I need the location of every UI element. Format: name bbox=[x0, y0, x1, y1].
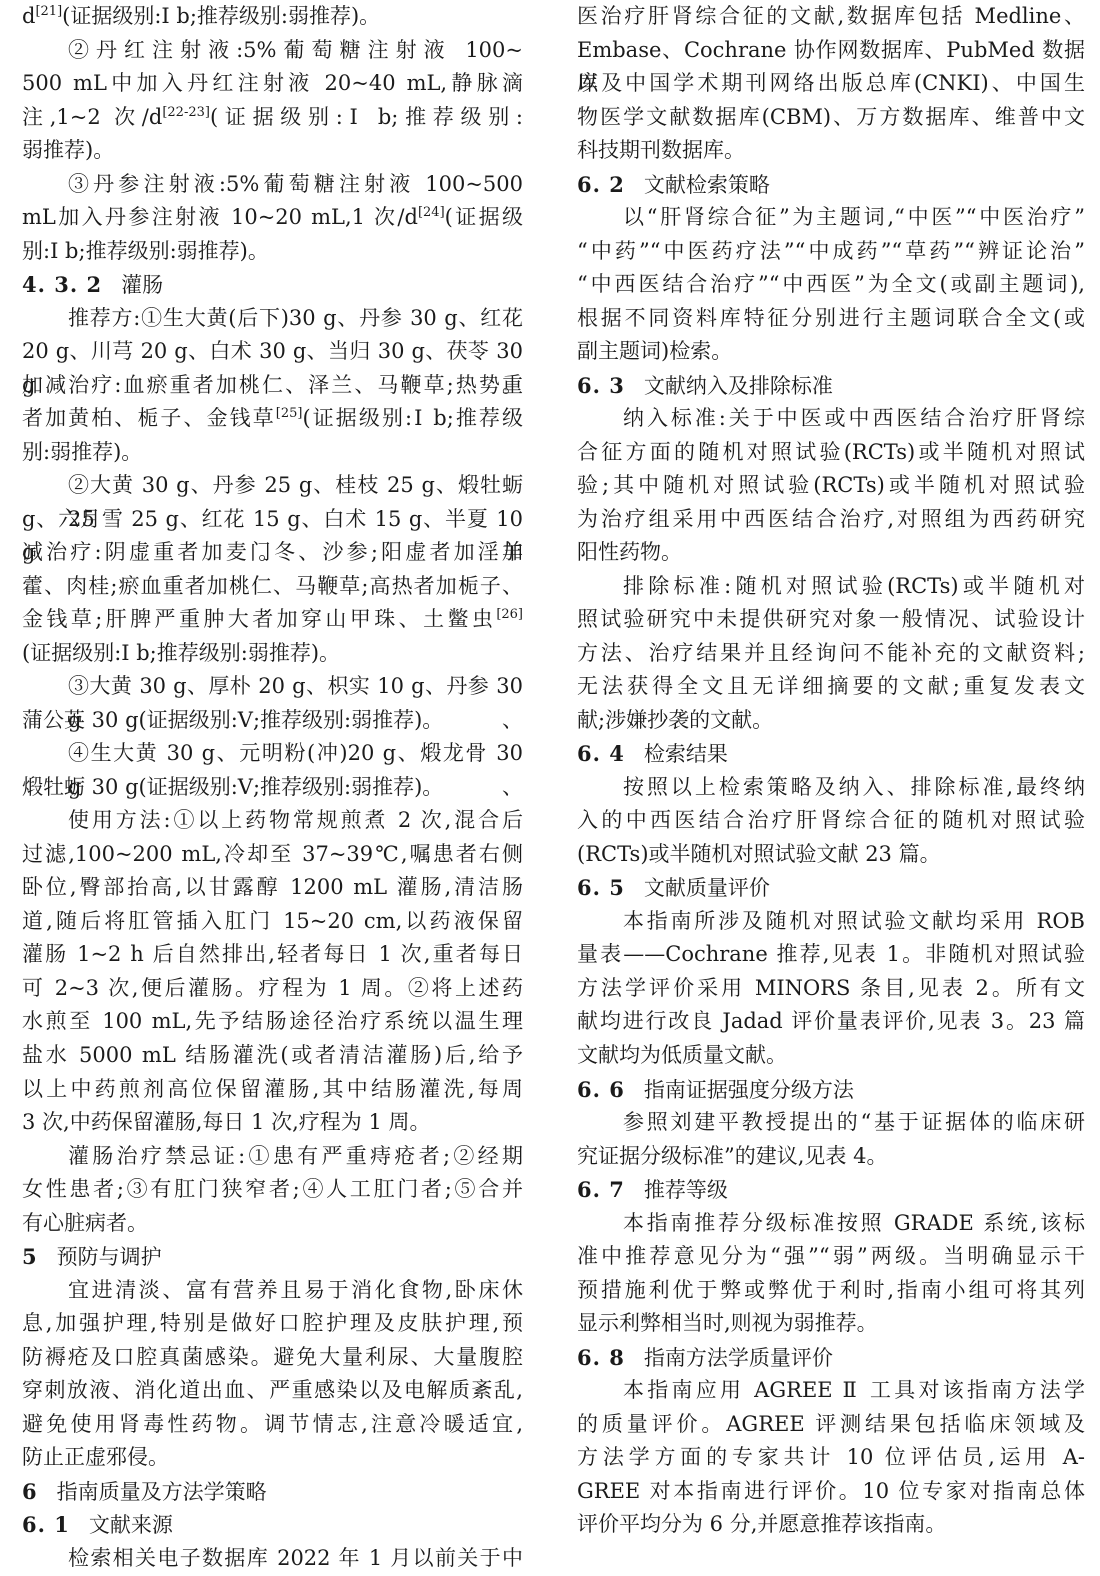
text-line: 参照刘建平教授提出的“基于证据体的临床研 bbox=[577, 1106, 1085, 1140]
text-line: 显示利弊相当时,则视为弱推荐。 bbox=[577, 1307, 1085, 1341]
section-heading: 6. 3文献纳入及排除标准 bbox=[577, 369, 1085, 403]
text-line: ③大黄 30 g、厚朴 20 g、枳实 10 g、丹参 30 g、 bbox=[22, 670, 523, 704]
text-line: 合征方面的随机对照试验(RCTs)或半随机对照试 bbox=[577, 436, 1085, 470]
section-title: 文献纳入及排除标准 bbox=[644, 374, 833, 398]
text-line: 照试验研究中未提供研究对象一般情况、试验设计 bbox=[577, 603, 1085, 637]
text-line: 入的中西医结合治疗肝肾综合征的随机对照试验 bbox=[577, 804, 1085, 838]
section-heading: 6. 6指南证据强度分级方法 bbox=[577, 1073, 1085, 1107]
text-line: 以“肝肾综合征”为主题词,“中医”“中医治疗” bbox=[577, 201, 1085, 235]
section-title: 推荐等级 bbox=[644, 1178, 728, 1202]
text-line: 宜进清淡、富有营养且易于消化食物,卧床休 bbox=[22, 1274, 523, 1308]
text-column-left: d[21](证据级别:Ⅰ b;推荐级别:弱推荐)。②丹红注射液:5%葡萄糖注射液… bbox=[22, 0, 523, 1575]
text-line: 本指南应用 AGREE Ⅱ 工具对该指南方法学 bbox=[577, 1374, 1085, 1408]
text-line: 20 g、川芎 20 g、白术 30 g、当归 30 g、茯苓 30 g。 bbox=[22, 335, 523, 369]
text-line: 以上中药煎剂高位保留灌肠,其中结肠灌洗,每周 bbox=[22, 1073, 523, 1107]
section-heading: 6指南质量及方法学策略 bbox=[22, 1475, 523, 1509]
text-line: 穿刺放液、消化道出血、严重感染以及电解质紊乱, bbox=[22, 1374, 523, 1408]
text-line: 避免使用肾毒性药物。调节情志,注意冷暖适宜, bbox=[22, 1408, 523, 1442]
citation-superscript: [26] bbox=[496, 607, 523, 622]
text-line: 预措施利优于弊或弊优于利时,指南小组可将其列 bbox=[577, 1274, 1085, 1308]
journal-page: d[21](证据级别:Ⅰ b;推荐级别:弱推荐)。②丹红注射液:5%葡萄糖注射液… bbox=[0, 0, 1100, 1576]
section-number: 5 bbox=[22, 1244, 38, 1269]
text-line: 检索相关电子数据库 2022 年 1 月以前关于中 bbox=[22, 1542, 523, 1576]
text-line: GREE 对本指南进行评价。10 位专家对指南总体 bbox=[577, 1475, 1085, 1509]
citation-superscript: [24] bbox=[418, 205, 445, 220]
section-title: 预防与调护 bbox=[57, 1245, 162, 1269]
text-line: 评价平均分为 6 分,并愿意推荐该指南。 bbox=[577, 1508, 1085, 1542]
text-line: Embase、Cochrane 协作网数据库、PubMed 数据库 bbox=[577, 34, 1085, 68]
text-line: 文献均为低质量文献。 bbox=[577, 1039, 1085, 1073]
section-number: 6. 3 bbox=[577, 373, 625, 398]
text-line: 过滤,100~200 mL,冷却至 37~39℃,嘱患者右侧 bbox=[22, 838, 523, 872]
citation-superscript: [22-23] bbox=[162, 105, 210, 120]
citation-superscript: [25] bbox=[276, 406, 303, 421]
text-line: 别:Ⅰ b;推荐级别:弱推荐)。 bbox=[22, 235, 523, 269]
text-line: 500 mL中加入丹红注射液 20~40 mL,静脉滴 bbox=[22, 67, 523, 101]
text-line: 灌肠 1~2 h 后自然排出,轻者每日 1 次,重者每日 bbox=[22, 938, 523, 972]
text-line: 以及中国学术期刊网络出版总库(CNKI)、中国生 bbox=[577, 67, 1085, 101]
text-line: 弱推荐)。 bbox=[22, 134, 523, 168]
text-line: 验;其中随机对照试验(RCTs)或半随机对照试验 bbox=[577, 469, 1085, 503]
text-line: 别:弱推荐)。 bbox=[22, 436, 523, 470]
text-line: 究证据分级标准”的建议,见表 4。 bbox=[577, 1140, 1085, 1174]
text-line: ④生大黄 30 g、元明粉(冲)20 g、煅龙骨 30 g、 bbox=[22, 737, 523, 771]
section-heading: 6. 2文献检索策略 bbox=[577, 168, 1085, 202]
text-line: 道,随后将肛管插入肛门 15~20 cm,以药液保留 bbox=[22, 905, 523, 939]
section-heading: 4. 3. 2灌肠 bbox=[22, 268, 523, 302]
text-line: 量表——Cochrane 推荐,见表 1。非随机对照试验 bbox=[577, 938, 1085, 972]
text-line: 的质量评价。AGREE 评测结果包括临床领域及 bbox=[577, 1408, 1085, 1442]
text-line: (RCTs)或半随机对照试验文献 23 篇。 bbox=[577, 838, 1085, 872]
text-line: ③丹参注射液:5%葡萄糖注射液 100~500 bbox=[22, 168, 523, 202]
text-line: 可 2~3 次,便后灌肠。疗程为 1 周。②将上述药 bbox=[22, 972, 523, 1006]
text-line: 方法学评价采用 MINORS 条目,见表 2。所有文 bbox=[577, 972, 1085, 1006]
text-line: 有心脏病者。 bbox=[22, 1207, 523, 1241]
section-number: 6. 2 bbox=[577, 172, 625, 197]
section-heading: 6. 8指南方法学质量评价 bbox=[577, 1341, 1085, 1375]
text-line: ②大黄 30 g、丹参 25 g、桂枝 25 g、煅牡蛎 25 bbox=[22, 469, 523, 503]
section-title: 文献来源 bbox=[89, 1513, 173, 1537]
text-line: “中西医结合治疗”“中西医”为全文(或副主题词), bbox=[577, 268, 1085, 302]
section-title: 指南方法学质量评价 bbox=[644, 1346, 833, 1370]
citation-superscript: [21] bbox=[35, 4, 62, 19]
section-title: 文献检索策略 bbox=[644, 173, 770, 197]
text-line: 藿、肉桂;瘀血重者加桃仁、马鞭草;高热者加栀子、 bbox=[22, 570, 523, 604]
text-line: 盐水 5000 mL 结肠灌洗(或者清洁灌肠)后,给予 bbox=[22, 1039, 523, 1073]
text-line: 息,加强护理,特别是做好口腔护理及皮肤护理,预 bbox=[22, 1307, 523, 1341]
text-line: 灌肠治疗禁忌证:①患有严重痔疮者;②经期 bbox=[22, 1140, 523, 1174]
section-title: 文献质量评价 bbox=[644, 876, 770, 900]
text-line: 献均进行改良 Jadad 评价量表评价,见表 3。23 篇 bbox=[577, 1005, 1085, 1039]
text-line: 无法获得全文且无详细摘要的文献;重复发表文 bbox=[577, 670, 1085, 704]
section-title: 指南质量及方法学策略 bbox=[57, 1480, 267, 1504]
text-line: 使用方法:①以上药物常规煎煮 2 次,混合后 bbox=[22, 804, 523, 838]
section-title: 检索结果 bbox=[644, 742, 728, 766]
section-number: 6. 7 bbox=[577, 1177, 625, 1202]
text-line: 防褥疮及口腔真菌感染。避免大量利尿、大量腹腔 bbox=[22, 1341, 523, 1375]
section-number: 6. 8 bbox=[577, 1345, 625, 1370]
text-line: 卧位,臀部抬高,以甘露醇 1200 mL 灌肠,清洁肠 bbox=[22, 871, 523, 905]
text-line: 排除标准:随机对照试验(RCTs)或半随机对 bbox=[577, 570, 1085, 604]
text-column-right: 医治疗肝肾综合征的文献,数据库包括 Medline、Embase、Cochran… bbox=[577, 0, 1085, 1542]
section-number: 6 bbox=[22, 1479, 38, 1504]
text-line: 准中推荐意见分为“强”“弱”两级。当明确显示干 bbox=[577, 1240, 1085, 1274]
text-line: 减治疗:阴虚重者加麦门冬、沙参;阳虚者加淫羊 bbox=[22, 536, 523, 570]
section-number: 6. 5 bbox=[577, 875, 625, 900]
text-line: 推荐方:①生大黄(后下)30 g、丹参 30 g、红花 bbox=[22, 302, 523, 336]
text-line: “中药”“中医药疗法”“中成药”“草药”“辨证论治” bbox=[577, 235, 1085, 269]
section-number: 6. 6 bbox=[577, 1077, 625, 1102]
section-heading: 6. 1文献来源 bbox=[22, 1508, 523, 1542]
text-line: 根据不同资料库特征分别进行主题词联合全文(或 bbox=[577, 302, 1085, 336]
text-line: g、六月雪 25 g、红花 15 g、白术 15 g、半夏 10 g。加 bbox=[22, 503, 523, 537]
text-line: 加减治疗:血瘀重者加桃仁、泽兰、马鞭草;热势重 bbox=[22, 369, 523, 403]
text-line: 者加黄柏、栀子、金钱草[25](证据级别:Ⅰ b;推荐级 bbox=[22, 402, 523, 436]
text-line: d[21](证据级别:Ⅰ b;推荐级别:弱推荐)。 bbox=[22, 0, 523, 34]
section-title: 灌肠 bbox=[121, 273, 163, 297]
text-line: 女性患者;③有肛门狭窄者;④人工肛门者;⑤合并 bbox=[22, 1173, 523, 1207]
text-line: 物医学文献数据库(CBM)、万方数据库、维普中文 bbox=[577, 101, 1085, 135]
text-line: 防止正虚邪侵。 bbox=[22, 1441, 523, 1475]
text-line: 本指南推荐分级标准按照 GRADE 系统,该标 bbox=[577, 1207, 1085, 1241]
text-line: 科技期刊数据库。 bbox=[577, 134, 1085, 168]
text-line: 为治疗组采用中西医结合治疗,对照组为西药研究 bbox=[577, 503, 1085, 537]
text-line: 副主题词)检索。 bbox=[577, 335, 1085, 369]
text-line: 方法、治疗结果并且经询问不能补充的文献资料; bbox=[577, 637, 1085, 671]
text-line: 阳性药物。 bbox=[577, 536, 1085, 570]
section-title: 指南证据强度分级方法 bbox=[644, 1078, 854, 1102]
section-number: 6. 1 bbox=[22, 1512, 70, 1537]
section-heading: 6. 5文献质量评价 bbox=[577, 871, 1085, 905]
text-line: ②丹红注射液:5%葡萄糖注射液 100~ bbox=[22, 34, 523, 68]
text-line: 本指南所涉及随机对照试验文献均采用 ROB bbox=[577, 905, 1085, 939]
section-heading: 6. 4检索结果 bbox=[577, 737, 1085, 771]
section-heading: 5预防与调护 bbox=[22, 1240, 523, 1274]
text-line: mL加入丹参注射液 10~20 mL,1 次/d[24](证据级 bbox=[22, 201, 523, 235]
section-heading: 6. 7推荐等级 bbox=[577, 1173, 1085, 1207]
text-line: 按照以上检索策略及纳入、排除标准,最终纳 bbox=[577, 771, 1085, 805]
section-number: 6. 4 bbox=[577, 741, 625, 766]
text-line: 纳入标准:关于中医或中西医结合治疗肝肾综 bbox=[577, 402, 1085, 436]
text-line: (证据级别:Ⅰ b;推荐级别:弱推荐)。 bbox=[22, 637, 523, 671]
section-number: 4. 3. 2 bbox=[22, 272, 102, 297]
text-line: 3 次,中药保留灌肠,每日 1 次,疗程为 1 周。 bbox=[22, 1106, 523, 1140]
text-line: 方法学方面的专家共计 10 位评估员,运用 A- bbox=[577, 1441, 1085, 1475]
text-line: 注,1~2 次/d[22-23](证据级别:Ⅰ b;推荐级别: bbox=[22, 101, 523, 135]
text-line: 献;涉嫌抄袭的文献。 bbox=[577, 704, 1085, 738]
text-line: 医治疗肝肾综合征的文献,数据库包括 Medline、 bbox=[577, 0, 1085, 34]
text-line: 水煎至 100 mL,先予结肠途径治疗系统以温生理 bbox=[22, 1005, 523, 1039]
text-line: 金钱草;肝脾严重肿大者加穿山甲珠、土鳖虫[26] bbox=[22, 603, 523, 637]
